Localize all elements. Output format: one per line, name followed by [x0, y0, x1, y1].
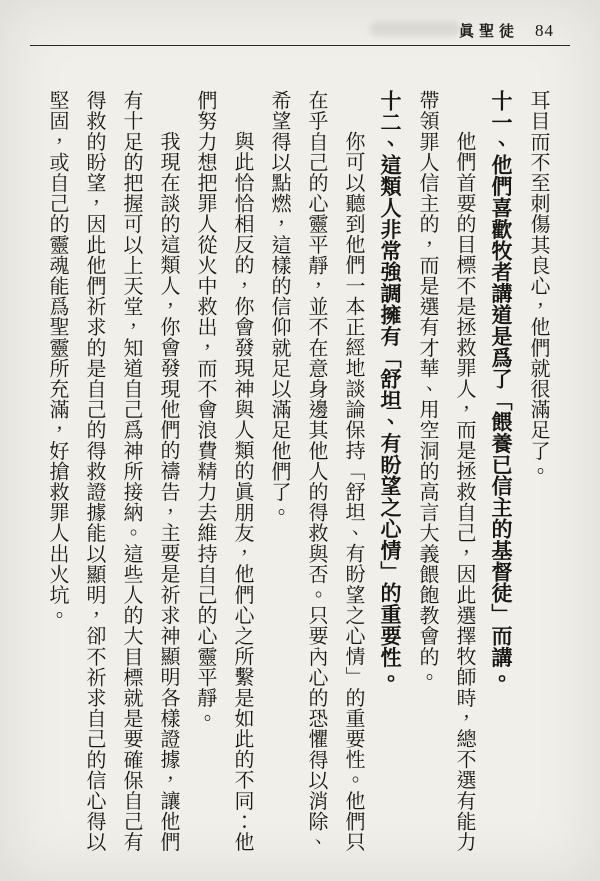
paragraph-body: 我現在談的這類人，你會發現他們的禱告，主要是祈求神顯明各樣證據，讓他們有十足的把… — [38, 90, 186, 872]
paragraph-continuation: 耳目而不至刺傷其良心，他們就很滿足了。 — [519, 90, 556, 872]
running-head: 眞聖徒 84 — [459, 20, 554, 41]
paragraph-body: 他們首要的目標不是拯救罪人，而是拯救自己，因此選擇牧師時，總不選有能力帶領罪人信… — [408, 90, 482, 872]
paragraph-body: 你可以聽到他們一本正經地談論保持「舒坦、有盼望之心情」的重要性。他們只在乎自己的… — [260, 90, 371, 872]
section-heading-12: 十二、這類人非常強調擁有「舒坦、有盼望之心情」的重要性。 — [371, 90, 408, 872]
paragraph-body: 與此恰恰相反的，你會發現神與人類的眞朋友，他們心之所繫是如此的不同：他們努力想把… — [186, 90, 260, 872]
section-heading-11: 十一、他們喜歡牧者講道是爲了「餵養已信主的基督徒」而講。 — [482, 90, 519, 872]
book-title: 眞聖徒 — [459, 20, 519, 41]
header-divider — [30, 45, 570, 46]
book-page: 眞聖徒 84 耳目而不至刺傷其良心，他們就很滿足了。 十一、他們喜歡牧者講道是爲… — [0, 0, 600, 881]
vertical-text-block: 耳目而不至刺傷其良心，他們就很滿足了。 十一、他們喜歡牧者講道是爲了「餵養已信主… — [38, 90, 556, 872]
scan-smudge — [370, 22, 460, 36]
page-number: 84 — [535, 21, 554, 41]
